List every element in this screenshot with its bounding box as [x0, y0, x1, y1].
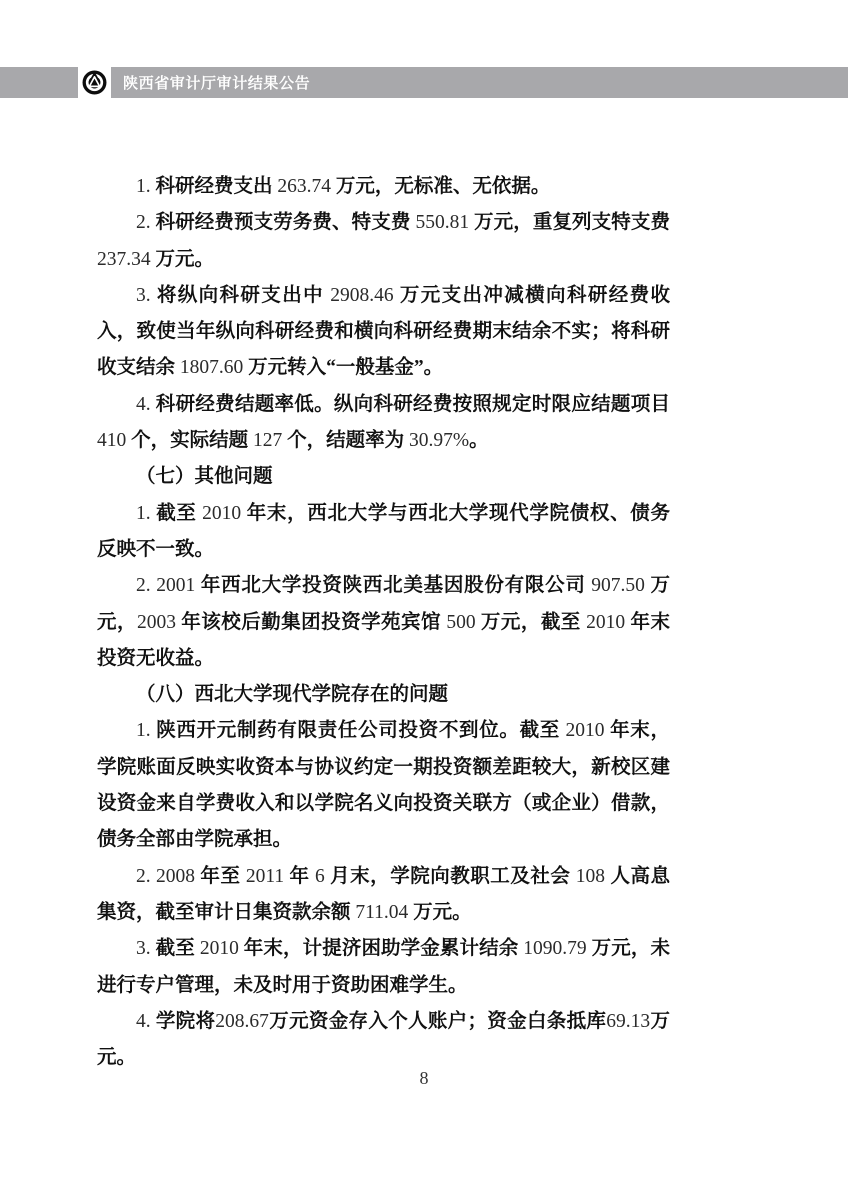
numeric-value: 2.	[136, 212, 151, 233]
numeric-value: 2010	[200, 938, 239, 959]
numeric-value: 2010	[586, 612, 625, 633]
numeric-value: 4.	[136, 394, 151, 415]
numeric-value: 2.	[136, 866, 151, 887]
paragraph: 1. 陕西开元制药有限责任公司投资不到位。截至 2010 年末，学院账面反映实收…	[97, 713, 670, 858]
numeric-value: 500	[446, 612, 475, 633]
section-heading: （八）西北大学现代学院存在的问题	[97, 677, 670, 713]
paragraph: 1. 截至 2010 年末，西北大学与西北大学现代学院债权、债务反映不一致。	[97, 496, 670, 569]
numeric-value: 208.67	[215, 1011, 269, 1032]
page-footer: 8	[0, 1068, 848, 1089]
document-page: 陕西省审计厅审计结果公告 1. 科研经费支出 263.74 万元，无标准、无依据…	[0, 0, 848, 1200]
header-title: 陕西省审计厅审计结果公告	[123, 72, 310, 93]
paragraph: 2. 2001 年西北大学投资陕西北美基因股份有限公司 907.50 万元，20…	[97, 568, 670, 677]
numeric-value: 550.81	[415, 212, 469, 233]
paragraph: 2. 科研经费预支劳务费、特支费 550.81 万元，重复列支特支费 237.3…	[97, 205, 670, 278]
numeric-value: 3.	[136, 938, 151, 959]
header-bar-left	[0, 67, 78, 98]
numeric-value: 4.	[136, 1011, 151, 1032]
numeric-value: 2.	[136, 575, 151, 596]
document-body: 1. 科研经费支出 263.74 万元，无标准、无依据。2. 科研经费预支劳务费…	[97, 169, 670, 1076]
numeric-value: 6	[315, 866, 325, 887]
paragraph: 4. 学院将208.67万元资金存入个人账户；资金白条抵库69.13万元。	[97, 1004, 670, 1077]
numeric-value: 2008	[156, 866, 195, 887]
numeric-value: 711.04	[355, 902, 408, 923]
numeric-value: 2011	[246, 866, 284, 887]
page-header: 陕西省审计厅审计结果公告	[0, 67, 848, 98]
paragraph: 1. 科研经费支出 263.74 万元，无标准、无依据。	[97, 169, 670, 205]
section-heading: （七）其他问题	[97, 459, 670, 495]
numeric-value: 2003	[137, 612, 176, 633]
numeric-value: 69.13	[606, 1011, 650, 1032]
logo-container	[78, 67, 111, 98]
numeric-value: 108	[576, 866, 605, 887]
numeric-value: 907.50	[591, 575, 645, 596]
numeric-value: 1.	[136, 720, 151, 741]
numeric-value: 263.74	[277, 176, 331, 197]
audit-emblem-icon	[82, 70, 107, 95]
numeric-value: 1807.60	[180, 357, 243, 378]
numeric-value: 1.	[136, 176, 151, 197]
paragraph: 3. 将纵向科研支出中 2908.46 万元支出冲减横向科研经费收入，致使当年纵…	[97, 278, 670, 387]
numeric-value: 2010	[202, 503, 241, 524]
paragraph: 2. 2008 年至 2011 年 6 月末，学院向教职工及社会 108 人高息…	[97, 859, 670, 932]
numeric-value: 127	[253, 430, 282, 451]
paragraph: 4. 科研经费结题率低。纵向科研经费按照规定时限应结题项目 410 个，实际结题…	[97, 387, 670, 460]
numeric-value: 410	[97, 430, 126, 451]
page-number: 8	[420, 1068, 429, 1088]
numeric-value: 237.34	[97, 249, 151, 270]
numeric-value: 3.	[136, 285, 151, 306]
numeric-value: 2908.46	[330, 285, 393, 306]
numeric-value: 1.	[136, 503, 151, 524]
numeric-value: 2001	[156, 575, 195, 596]
paragraph: 3. 截至 2010 年末，计提济困助学金累计结余 1090.79 万元，未进行…	[97, 931, 670, 1004]
header-bar-right: 陕西省审计厅审计结果公告	[111, 67, 848, 98]
numeric-value: 2010	[566, 720, 605, 741]
numeric-value: 30.97%	[409, 430, 469, 451]
numeric-value: 1090.79	[523, 938, 586, 959]
